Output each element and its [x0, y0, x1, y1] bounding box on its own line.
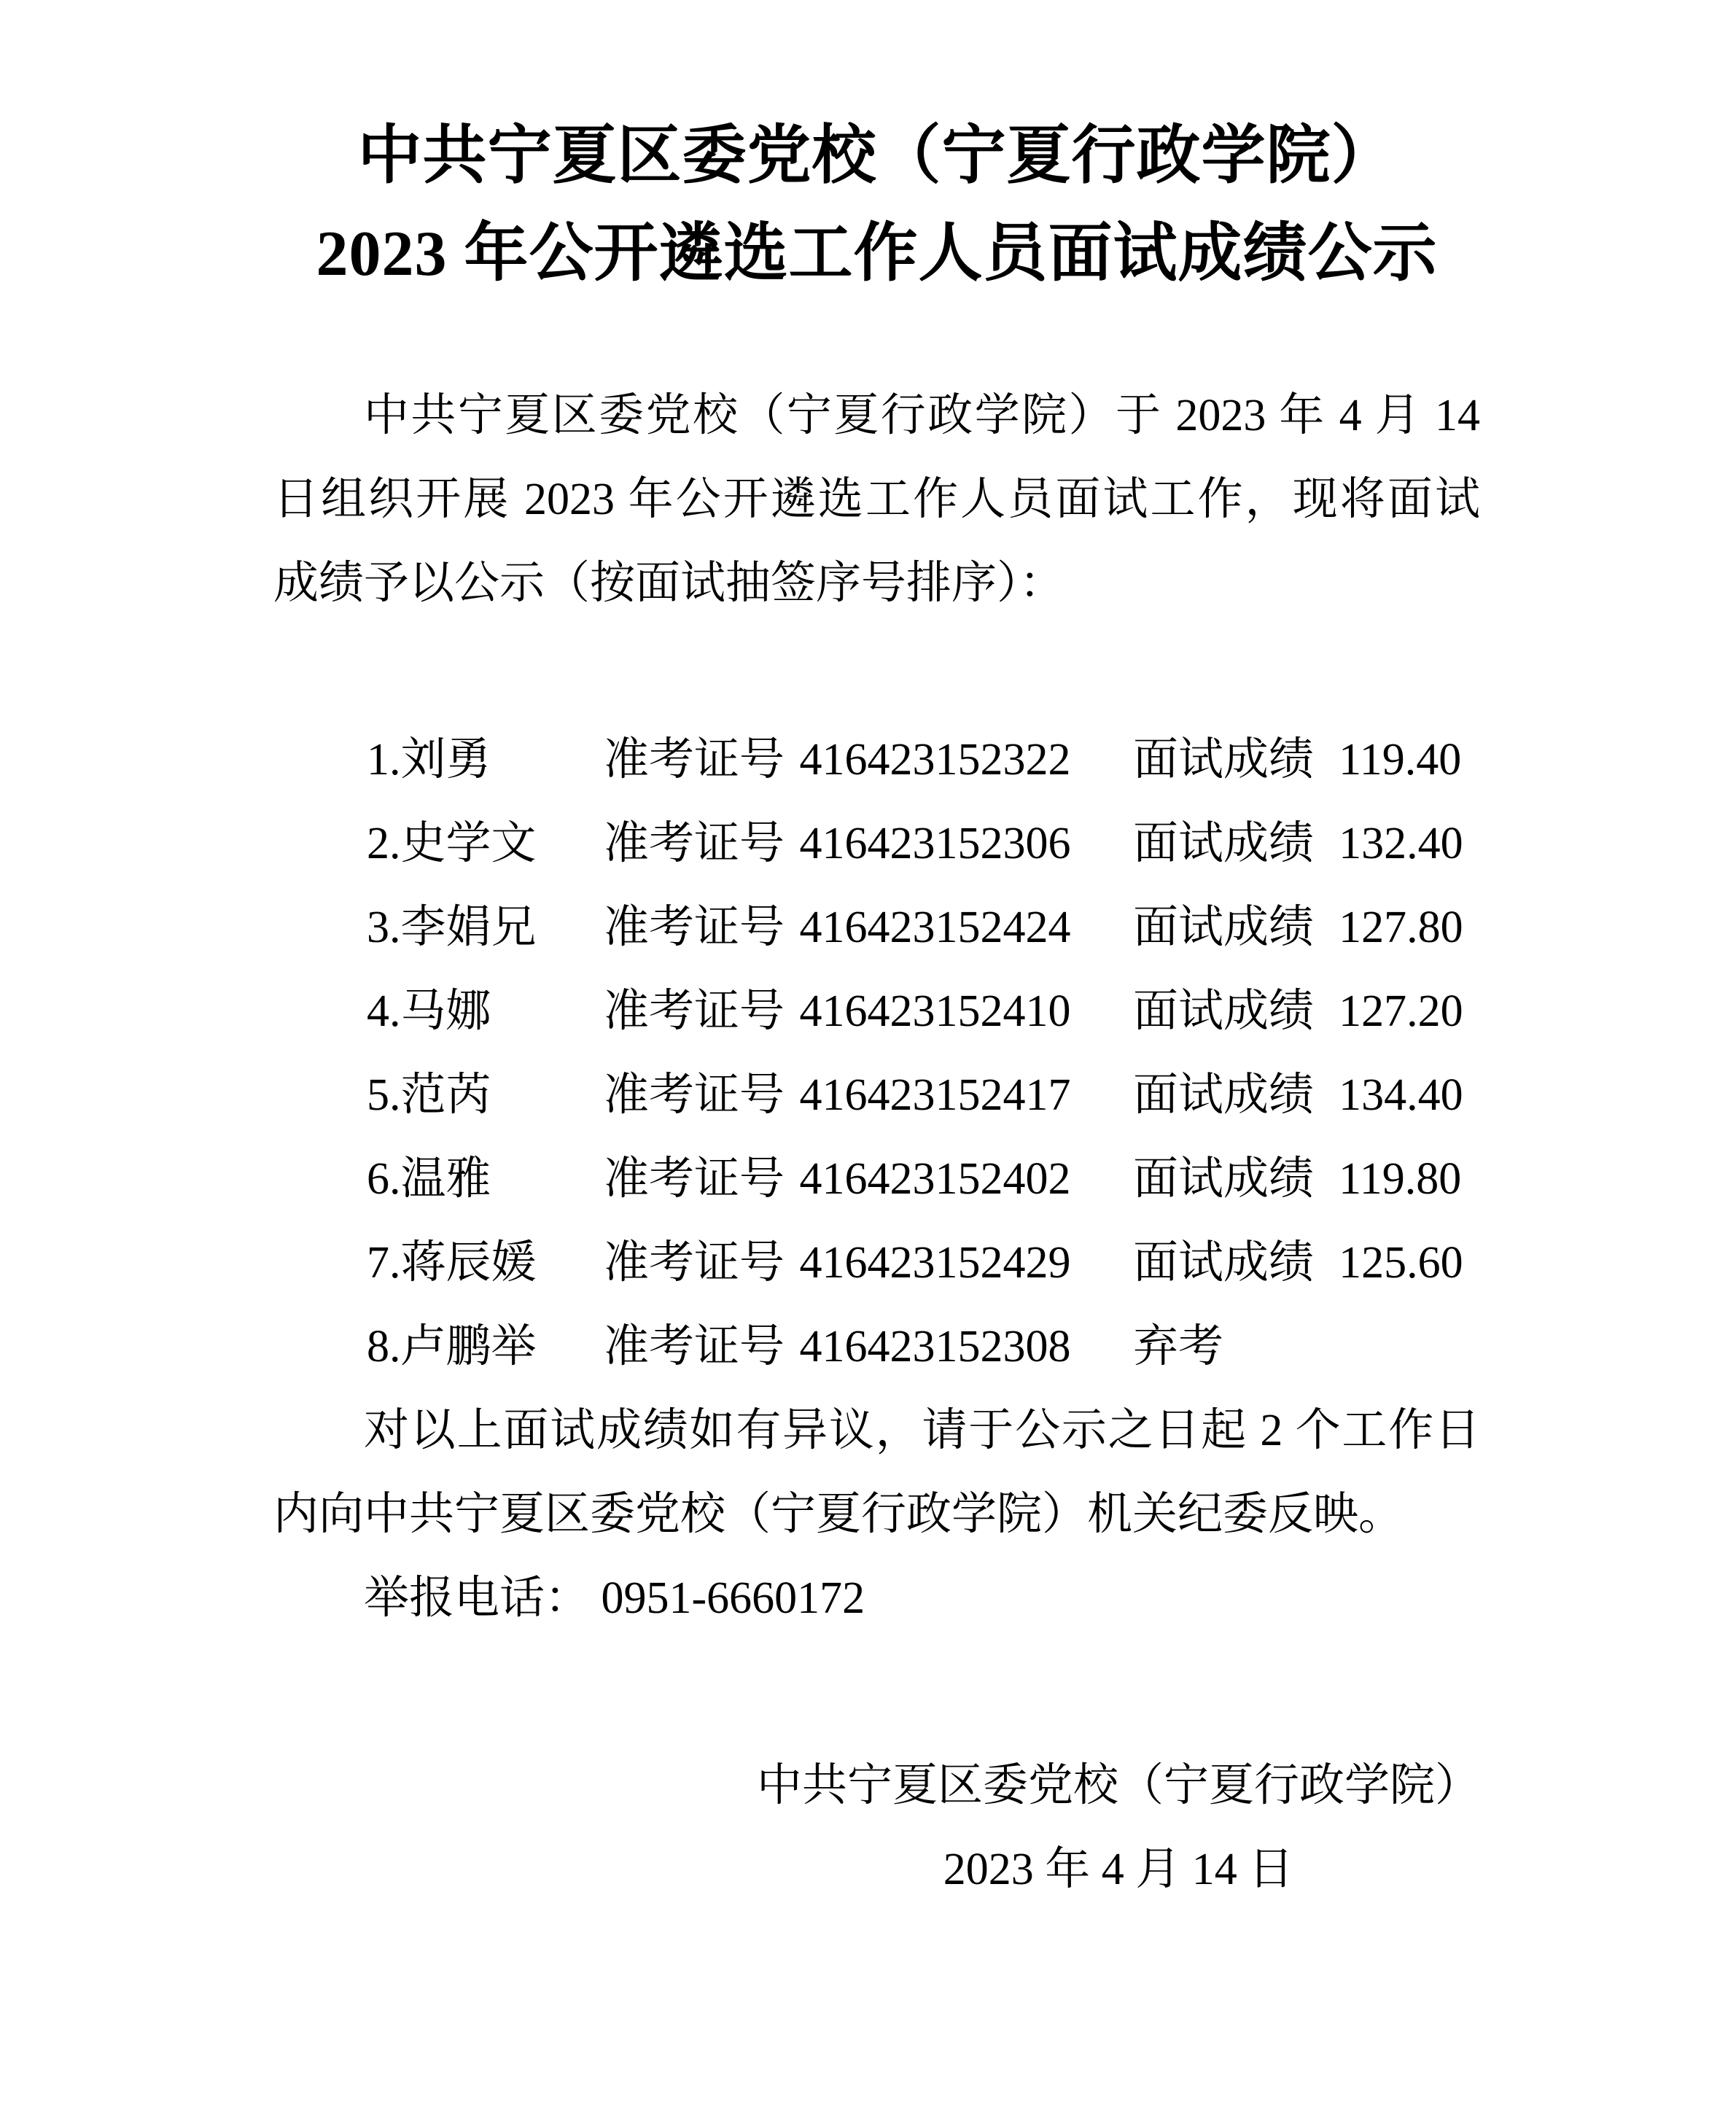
signature-inner: 中共宁夏区委党校（宁夏行政学院） 2023 年 4 月 14 日: [757, 1744, 1480, 1912]
report-phone-label: 举报电话：: [364, 1573, 590, 1623]
score-label: 面试成绩: [1133, 1070, 1314, 1120]
score-value: 119.80: [1339, 1154, 1461, 1204]
signature-block: 中共宁夏区委党校（宁夏行政学院） 2023 年 4 月 14 日: [273, 1744, 1480, 1912]
result-row: 3.李娟兄 准考证号416423152424 面试成绩127.80: [367, 886, 1480, 970]
title-line-1: 中共宁夏区委党校（宁夏行政学院）: [273, 108, 1480, 206]
result-row: 7.蒋辰媛 准考证号416423152429 面试成绩125.60: [367, 1221, 1480, 1305]
ticket-label: 准考证号: [604, 1154, 785, 1204]
score-value: 127.80: [1339, 903, 1463, 952]
ticket-label: 准考证号: [604, 1070, 785, 1120]
result-row: 8.卢鹏举 准考证号416423152308 弃考: [367, 1305, 1480, 1389]
score-cell: 弃考: [1133, 1305, 1480, 1389]
candidate-name: 5.范芮: [367, 1054, 604, 1137]
results-list: 1.刘勇 准考证号416423152322 面试成绩119.40 2.史学文 准…: [273, 718, 1480, 1389]
candidate-name: 7.蒋辰媛: [367, 1221, 604, 1305]
ticket-cell: 准考证号416423152306: [604, 802, 1133, 886]
score-cell: 面试成绩119.80: [1133, 1137, 1480, 1221]
ticket-cell: 准考证号416423152308: [604, 1305, 1133, 1389]
result-row: 2.史学文 准考证号416423152306 面试成绩132.40: [367, 802, 1480, 886]
score-cell: 面试成绩119.40: [1133, 718, 1480, 802]
ticket-number: 416423152424: [799, 903, 1070, 952]
document-title: 中共宁夏区委党校（宁夏行政学院） 2023 年公开遴选工作人员面试成绩公示: [273, 108, 1480, 303]
signature-org: 中共宁夏区委党校（宁夏行政学院）: [757, 1744, 1480, 1828]
intro-line-3: 成绩予以公示（按面试抽签序号排序）：: [273, 542, 1480, 626]
report-phone-number: 0951-6660172: [602, 1573, 865, 1623]
score-value: 127.20: [1339, 986, 1463, 1036]
ticket-cell: 准考证号416423152429: [604, 1221, 1133, 1305]
score-cell: 面试成绩134.40: [1133, 1054, 1480, 1137]
intro-line-2: 日组织开展 2023 年公开遴选工作人员面试工作，现将面试: [273, 458, 1480, 542]
score-label: 面试成绩: [1133, 1238, 1314, 1288]
ticket-cell: 准考证号416423152410: [604, 970, 1133, 1054]
score-cell: 面试成绩125.60: [1133, 1221, 1480, 1305]
ticket-cell: 准考证号416423152322: [604, 718, 1133, 802]
ticket-number: 416423152306: [799, 819, 1070, 868]
score-label: 面试成绩: [1133, 819, 1314, 868]
score-label: 弃考: [1133, 1322, 1223, 1371]
ticket-label: 准考证号: [604, 735, 785, 785]
ticket-number: 416423152417: [799, 1070, 1070, 1120]
intro-paragraph: 中共宁夏区委党校（宁夏行政学院）于 2023 年 4 月 14 日组织开展 20…: [273, 374, 1480, 626]
result-row: 4.马娜 准考证号416423152410 面试成绩127.20: [367, 970, 1480, 1054]
signature-date: 2023 年 4 月 14 日: [757, 1828, 1480, 1912]
score-label: 面试成绩: [1133, 986, 1314, 1036]
closing-line-1: 对以上面试成绩如有异议，请于公示之日起 2 个工作日: [273, 1389, 1480, 1473]
result-row: 5.范芮 准考证号416423152417 面试成绩134.40: [367, 1054, 1480, 1137]
ticket-number: 416423152402: [799, 1154, 1070, 1204]
title-line-2: 2023 年公开遴选工作人员面试成绩公示: [273, 206, 1480, 303]
ticket-label: 准考证号: [604, 1322, 785, 1371]
candidate-name: 8.卢鹏举: [367, 1305, 604, 1389]
ticket-label: 准考证号: [604, 903, 785, 952]
ticket-cell: 准考证号416423152417: [604, 1054, 1133, 1137]
score-value: 125.60: [1339, 1238, 1463, 1288]
score-value: 119.40: [1339, 735, 1461, 785]
candidate-name: 1.刘勇: [367, 718, 604, 802]
score-cell: 面试成绩127.80: [1133, 886, 1480, 970]
result-row: 1.刘勇 准考证号416423152322 面试成绩119.40: [367, 718, 1480, 802]
intro-line-1: 中共宁夏区委党校（宁夏行政学院）于 2023 年 4 月 14: [273, 374, 1480, 458]
score-value: 134.40: [1339, 1070, 1463, 1120]
candidate-name: 6.温雅: [367, 1137, 604, 1221]
score-cell: 面试成绩127.20: [1133, 970, 1480, 1054]
document-page: 中共宁夏区委党校（宁夏行政学院） 2023 年公开遴选工作人员面试成绩公示 中共…: [0, 0, 1736, 2121]
result-row: 6.温雅 准考证号416423152402 面试成绩119.80: [367, 1137, 1480, 1221]
candidate-name: 4.马娜: [367, 970, 604, 1054]
score-label: 面试成绩: [1133, 1154, 1314, 1204]
ticket-number: 416423152308: [799, 1322, 1070, 1371]
ticket-label: 准考证号: [604, 1238, 785, 1288]
ticket-label: 准考证号: [604, 819, 785, 868]
score-value: 132.40: [1339, 819, 1463, 868]
ticket-cell: 准考证号416423152402: [604, 1137, 1133, 1221]
closing-paragraph: 对以上面试成绩如有异议，请于公示之日起 2 个工作日 内向中共宁夏区委党校（宁夏…: [273, 1389, 1480, 1641]
ticket-number: 416423152429: [799, 1238, 1070, 1288]
score-label: 面试成绩: [1133, 903, 1314, 952]
report-phone-line: 举报电话：0951-6660172: [273, 1557, 1480, 1641]
ticket-number: 416423152322: [799, 735, 1070, 785]
ticket-label: 准考证号: [604, 986, 785, 1036]
closing-line-2: 内向中共宁夏区委党校（宁夏行政学院）机关纪委反映。: [273, 1473, 1480, 1557]
score-cell: 面试成绩132.40: [1133, 802, 1480, 886]
ticket-cell: 准考证号416423152424: [604, 886, 1133, 970]
score-label: 面试成绩: [1133, 735, 1314, 785]
candidate-name: 3.李娟兄: [367, 886, 604, 970]
ticket-number: 416423152410: [799, 986, 1070, 1036]
candidate-name: 2.史学文: [367, 802, 604, 886]
